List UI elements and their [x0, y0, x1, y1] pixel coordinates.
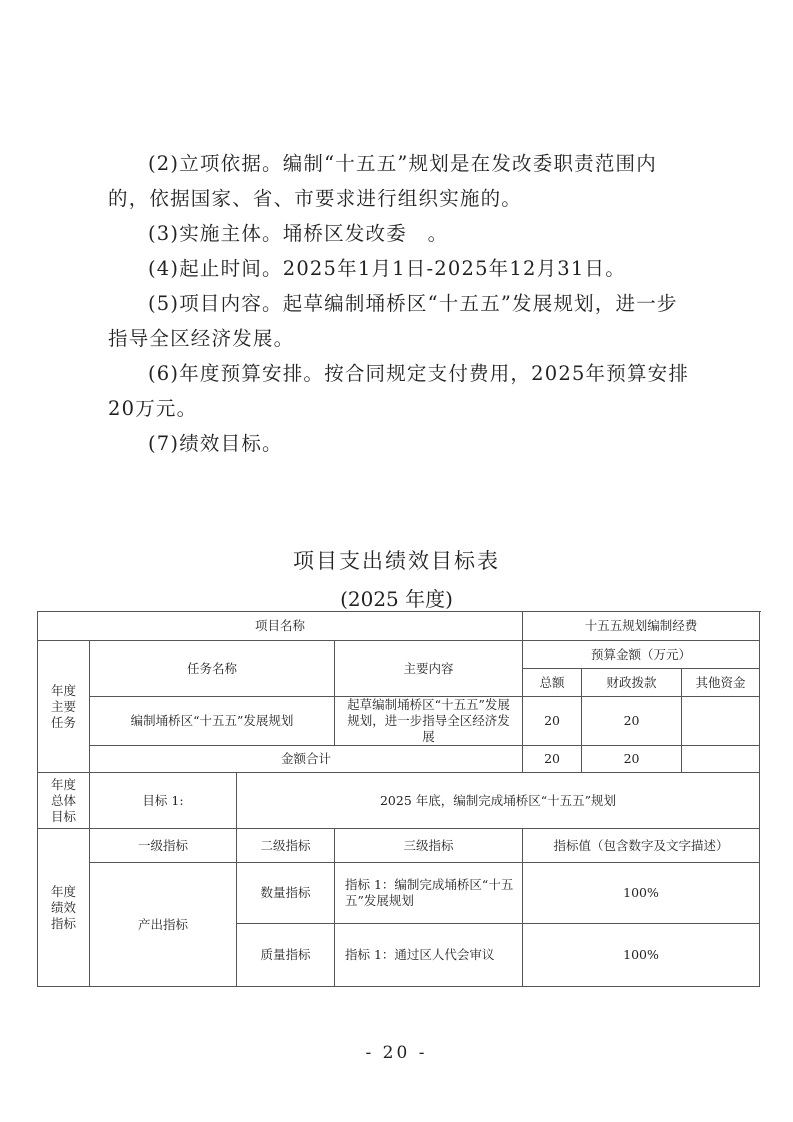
tasks-header-row: 年度主要任务 任务名称 主要内容 预算金额（万元）	[38, 641, 760, 669]
goal-text: 2025 年底，编制完成埇桥区“十五五”规划	[237, 773, 760, 829]
sum-other	[682, 746, 760, 773]
paragraph-content: (5)项目内容。起草编制埇桥区“十五五”发展规划，进一步指导全区经济发展。	[108, 286, 693, 356]
performance-header-row: 年度绩效指标 一级指标 二级指标 三级指标 指标值（包含数字及文字描述）	[38, 829, 760, 863]
table-subtitle: (2025 年度)	[0, 583, 793, 612]
table-title: 项目支出绩效目标表	[0, 545, 793, 575]
performance-goal-table: 项目名称 十五五规划编制经费 年度主要任务 任务名称 主要内容 预算金额（万元）…	[37, 611, 760, 987]
col-fiscal: 财政拨款	[582, 669, 682, 697]
col-value: 指标值（包含数字及文字描述）	[523, 829, 760, 863]
task-name: 编制埇桥区“十五五”发展规划	[90, 697, 335, 746]
paragraph-budget: (6)年度预算安排。按合同规定支付费用，2025年预算安排20万元。	[108, 356, 693, 426]
col-total: 总额	[523, 669, 582, 697]
col-level3: 三级指标	[335, 829, 523, 863]
task-main-content: 起草编制埇桥区“十五五”发展规划，进一步指导全区经济发展	[335, 697, 523, 746]
level2-quality: 质量指标	[237, 924, 335, 987]
level1-output: 产出指标	[90, 863, 237, 987]
project-name-value: 十五五规划编制经费	[523, 612, 760, 641]
project-name-label: 项目名称	[38, 612, 523, 641]
paragraph-goals: (7)绩效目标。	[108, 426, 693, 461]
sum-row: 金额合计 20 20	[38, 746, 760, 773]
project-name-row: 项目名称 十五五规划编制经费	[38, 612, 760, 641]
level3-indicator: 指标 1：通过区人代会审议	[335, 924, 523, 987]
task-row: 编制埇桥区“十五五”发展规划 起草编制埇桥区“十五五”发展规划，进一步指导全区经…	[38, 697, 760, 746]
col-level2: 二级指标	[237, 829, 335, 863]
sum-total: 20	[523, 746, 582, 773]
task-total: 20	[523, 697, 582, 746]
col-main-content: 主要内容	[335, 641, 523, 697]
performance-label: 年度绩效指标	[38, 829, 90, 987]
sum-fiscal: 20	[582, 746, 682, 773]
performance-row: 产出指标 数量指标 指标 1：编制完成埇桥区“十五五”发展规划 100%	[38, 863, 760, 924]
task-fiscal: 20	[582, 697, 682, 746]
annual-tasks-label: 年度主要任务	[38, 641, 90, 773]
level3-indicator: 指标 1：编制完成埇桥区“十五五”发展规划	[335, 863, 523, 924]
task-other	[682, 697, 760, 746]
overall-goal-row: 年度总体目标 目标 1: 2025 年底，编制完成埇桥区“十五五”规划	[38, 773, 760, 829]
col-task-name: 任务名称	[90, 641, 335, 697]
paragraph-implementer: (3)实施主体。埇桥区发改委 。	[108, 216, 693, 251]
paragraph-project-basis: (2)立项依据。编制“十五五”规划是在发改委职责范围内的，依据国家、省、市要求进…	[108, 146, 693, 216]
col-budget: 预算金额（万元）	[523, 641, 760, 669]
col-other: 其他资金	[682, 669, 760, 697]
indicator-value: 100%	[523, 924, 760, 987]
col-level1: 一级指标	[90, 829, 237, 863]
page-number: - 20 -	[0, 1043, 793, 1063]
paragraph-period: (4)起止时间。2025年1月1日-2025年12月31日。	[108, 251, 693, 286]
goal-label: 目标 1:	[90, 773, 237, 829]
indicator-value: 100%	[523, 863, 760, 924]
overall-goal-label: 年度总体目标	[38, 773, 90, 829]
level2-quantity: 数量指标	[237, 863, 335, 924]
sum-label: 金额合计	[90, 746, 523, 773]
